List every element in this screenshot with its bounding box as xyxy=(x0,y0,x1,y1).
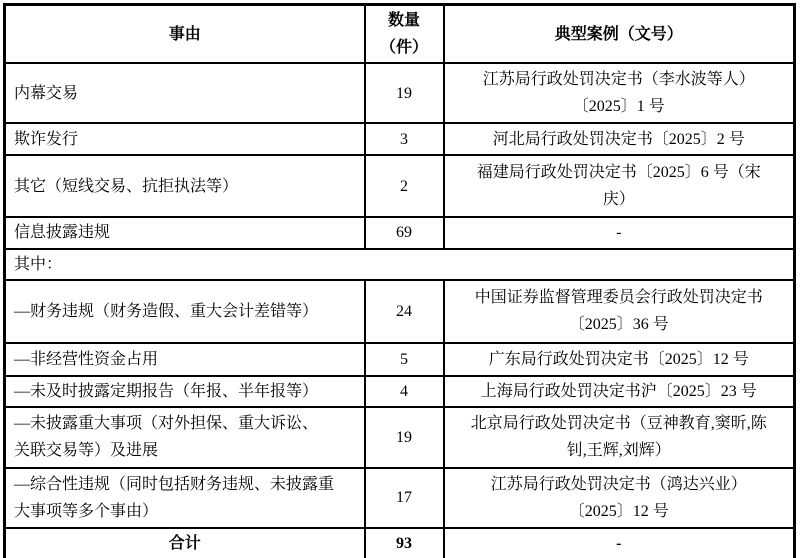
cause-cell: —未及时披露定期报告（年报、半年报等） xyxy=(5,376,365,407)
table-row-undisclosed-major-events: —未披露重大事项（对外担保、重大诉讼、 关联交易等）及进展 19 北京局行政处罚… xyxy=(5,407,795,468)
case-cell: 江苏局行政处罚决定书（李水波等人） 〔2025〕1 号 xyxy=(444,63,795,123)
count-cell: 17 xyxy=(365,468,444,528)
cause-cell: 信息披露违规 xyxy=(5,217,365,248)
header-count: 数量 （件） xyxy=(365,5,444,64)
total-count: 93 xyxy=(365,528,444,558)
count-cell: 3 xyxy=(365,123,444,155)
cause-cell: —未披露重大事项（对外担保、重大诉讼、 关联交易等）及进展 xyxy=(5,407,365,468)
header-cause: 事由 xyxy=(5,5,365,64)
case-cell: 北京局行政处罚决定书（豆神教育,窦昕,陈 钊,王辉,刘辉） xyxy=(444,407,795,468)
count-cell: 5 xyxy=(365,343,444,376)
case-cell: 广东局行政处罚决定书〔2025〕12 号 xyxy=(444,343,795,376)
table-row-financial-violation: —财务违规（财务造假、重大会计差错等） 24 中国证券监督管理委员会行政处罚决定… xyxy=(5,280,795,343)
case-cell: 上海局行政处罚决定书沪〔2025〕23 号 xyxy=(444,376,795,407)
table-row-total: 合计 93 - xyxy=(5,528,795,558)
penalty-statistics-table: 事由 数量 （件） 典型案例（文号） 内幕交易 19 江苏局行政处罚决定书（李水… xyxy=(3,3,796,558)
cause-cell: —非经营性资金占用 xyxy=(5,343,365,376)
table-row-other: 其它（短线交易、抗拒执法等） 2 福建局行政处罚决定书〔2025〕6 号（宋 庆… xyxy=(5,155,795,217)
table-row-insider-trading: 内幕交易 19 江苏局行政处罚决定书（李水波等人） 〔2025〕1 号 xyxy=(5,63,795,123)
table-row-fraudulent-issuance: 欺诈发行 3 河北局行政处罚决定书〔2025〕2 号 xyxy=(5,123,795,155)
count-cell: 19 xyxy=(365,63,444,123)
table-row-info-disclosure: 信息披露违规 69 - xyxy=(5,217,795,248)
cause-cell: —综合性违规（同时包括财务违规、未披露重 大事项等多个事由） xyxy=(5,468,365,528)
cause-cell: —财务违规（财务造假、重大会计差错等） xyxy=(5,280,365,343)
table-row-among-which: 其中： xyxy=(5,249,795,280)
cause-cell: 其它（短线交易、抗拒执法等） xyxy=(5,155,365,217)
count-cell: 19 xyxy=(365,407,444,468)
table-row-late-periodic-report: —未及时披露定期报告（年报、半年报等） 4 上海局行政处罚决定书沪〔2025〕2… xyxy=(5,376,795,407)
cause-cell: 欺诈发行 xyxy=(5,123,365,155)
total-label: 合计 xyxy=(5,528,365,558)
header-case: 典型案例（文号） xyxy=(444,5,795,64)
case-cell: 江苏局行政处罚决定书（鸿达兴业） 〔2025〕12 号 xyxy=(444,468,795,528)
count-cell: 4 xyxy=(365,376,444,407)
total-case: - xyxy=(444,528,795,558)
case-cell: 中国证券监督管理委员会行政处罚决定书 〔2025〕36 号 xyxy=(444,280,795,343)
table-row-non-operating-funds: —非经营性资金占用 5 广东局行政处罚决定书〔2025〕12 号 xyxy=(5,343,795,376)
case-cell: 河北局行政处罚决定书〔2025〕2 号 xyxy=(444,123,795,155)
count-cell: 2 xyxy=(365,155,444,217)
among-which-label: 其中： xyxy=(5,249,795,280)
case-cell: - xyxy=(444,217,795,248)
table-row-comprehensive-violation: —综合性违规（同时包括财务违规、未披露重 大事项等多个事由） 17 江苏局行政处… xyxy=(5,468,795,528)
case-cell: 福建局行政处罚决定书〔2025〕6 号（宋 庆） xyxy=(444,155,795,217)
cause-cell: 内幕交易 xyxy=(5,63,365,123)
count-cell: 69 xyxy=(365,217,444,248)
header-row: 事由 数量 （件） 典型案例（文号） xyxy=(5,5,795,64)
count-cell: 24 xyxy=(365,280,444,343)
